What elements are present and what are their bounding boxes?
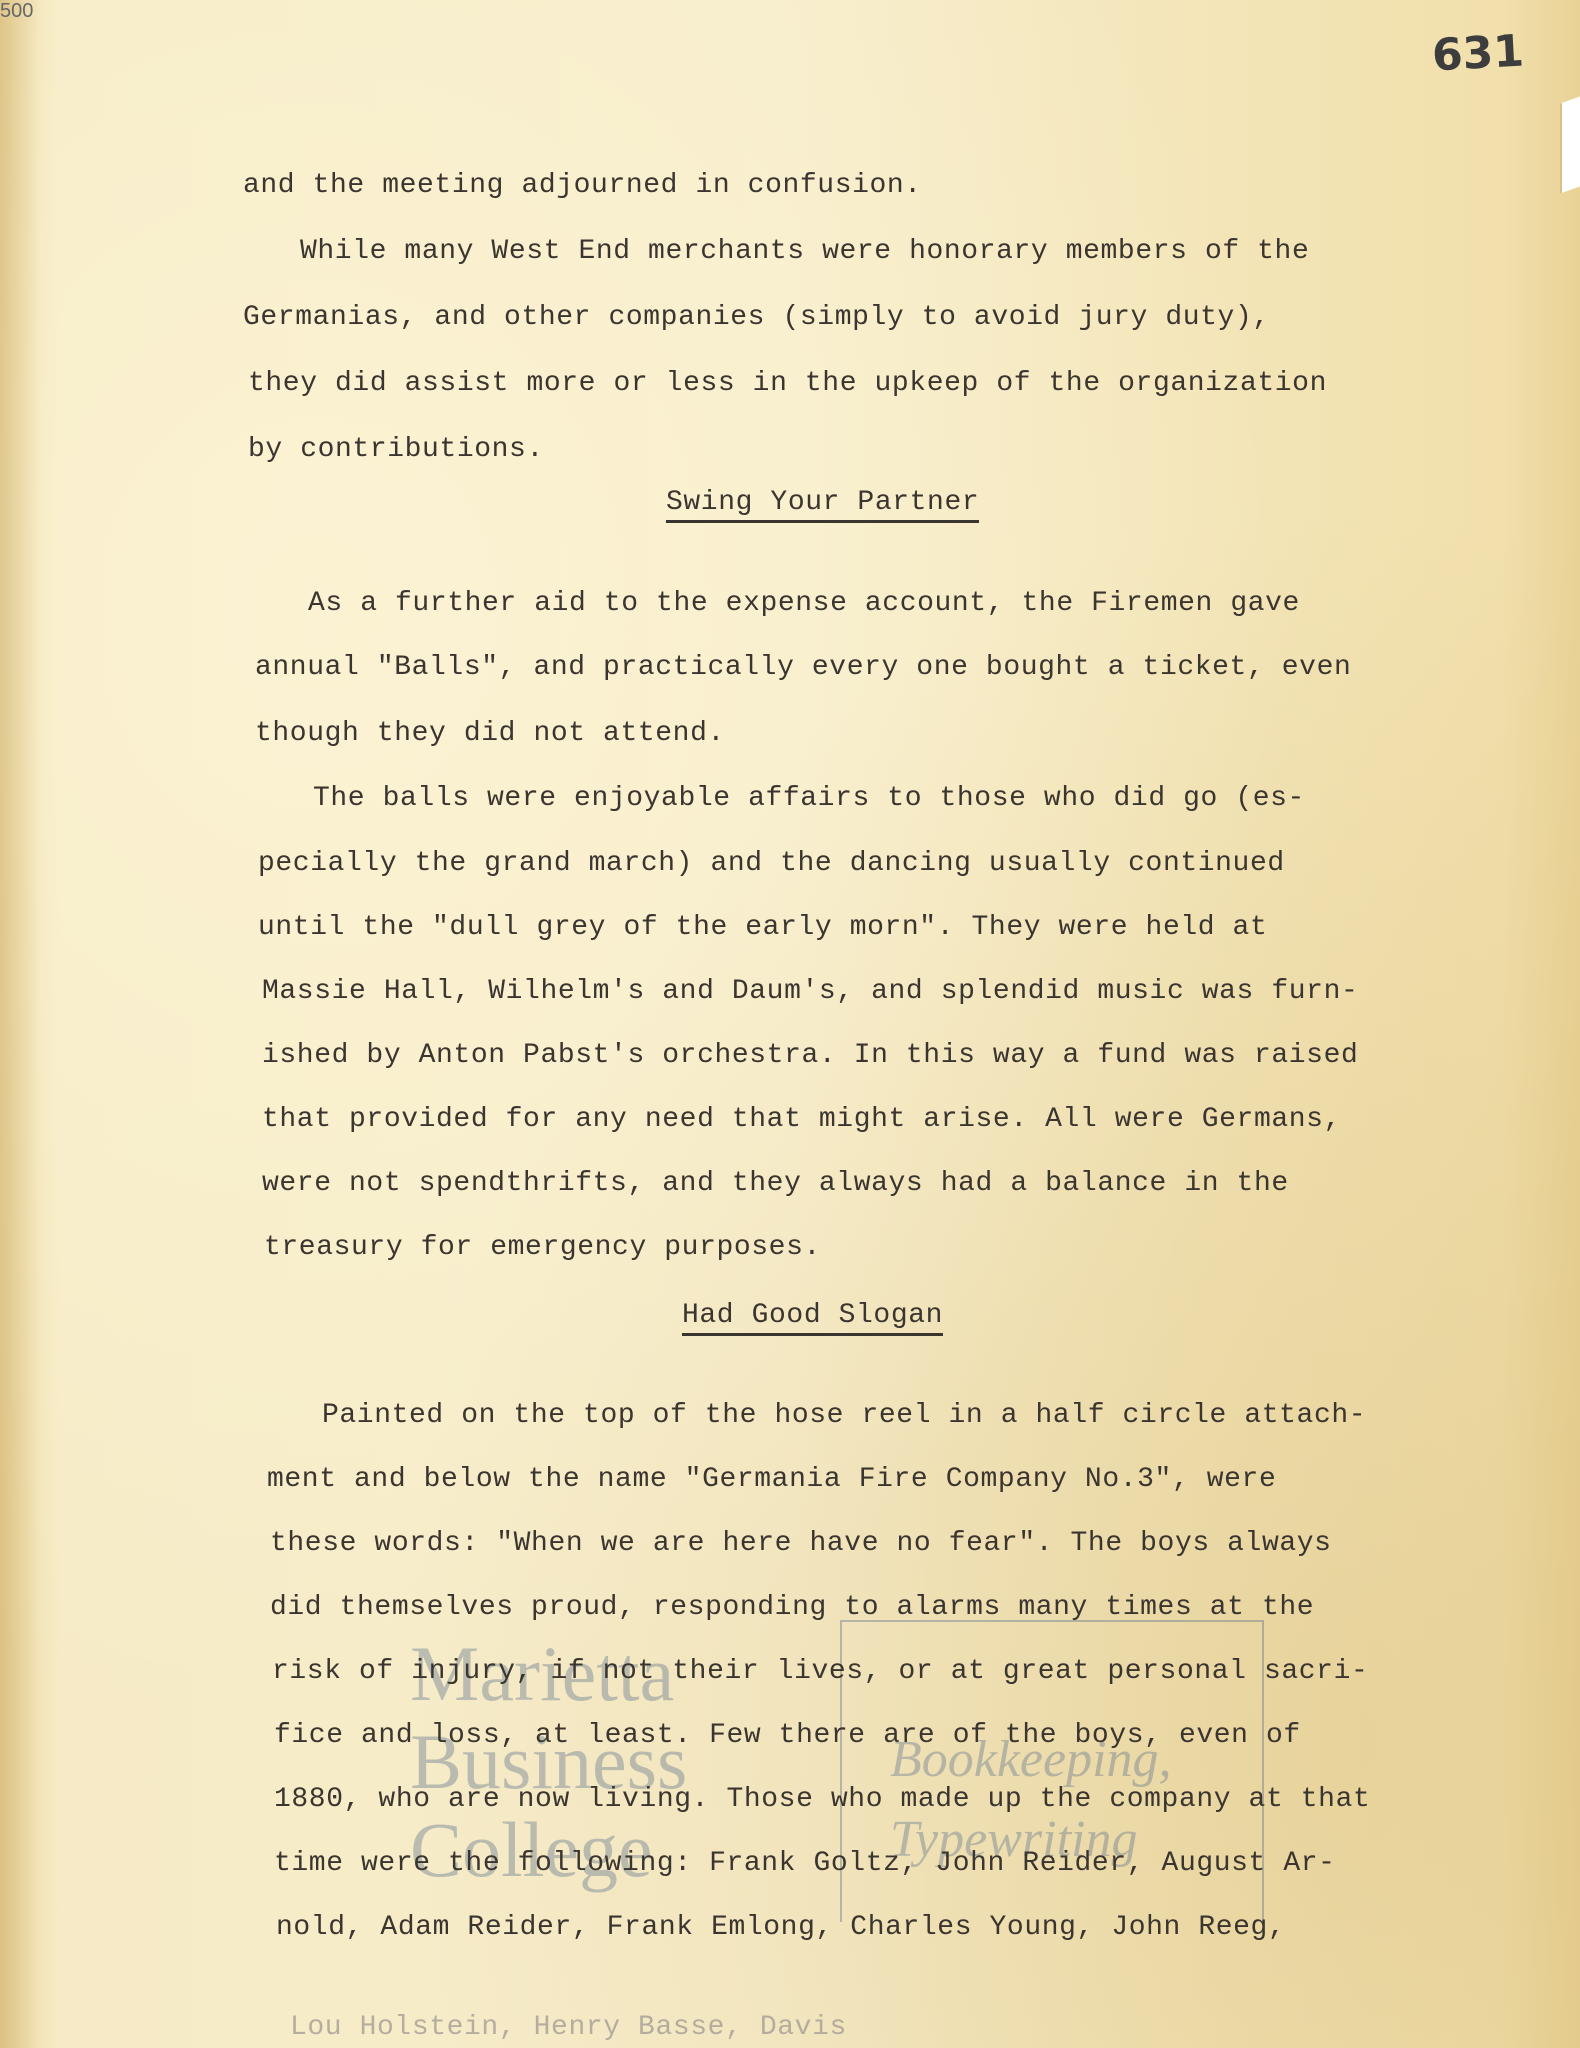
text-line: until the "dull grey of the early morn".… [258,912,1267,943]
text-line: that provided for any need that might ar… [262,1104,1341,1135]
text-line: 1880, who are now living. Those who made… [274,1784,1370,1815]
text-line: fice and loss, at least. Few there are o… [274,1720,1301,1751]
section-heading: Had Good Slogan [682,1300,943,1336]
text-line: treasury for emergency purposes. [264,1232,821,1263]
text-line: The balls were enjoyable affairs to thos… [313,783,1305,814]
text-line: annual "Balls", and practically every on… [255,652,1351,683]
text-line: did themselves proud, responding to alar… [270,1592,1314,1623]
text-line: ished by Anton Pabst's orchestra. In thi… [262,1040,1358,1071]
text-line: risk of injury, if not their lives, or a… [272,1656,1368,1687]
text-line: Massie Hall, Wilhelm's and Daum's, and s… [262,976,1358,1007]
section-heading: Swing Your Partner [666,487,979,523]
text-line: by contributions. [248,434,544,465]
text-line: As a further aid to the expense account,… [308,588,1300,619]
paper-left-fold-shadow [0,0,40,2048]
text-line: were not spendthrifts, and they always h… [262,1168,1289,1199]
text-line: pecially the grand march) and the dancin… [258,848,1285,879]
page-number: 631 [1431,26,1525,82]
edge-mark: 500 [0,0,33,23]
text-line: though they did not attend. [255,718,725,749]
bleed-through-text: Lou Holstein, Henry Basse, Davis [290,2012,847,2043]
text-line: they did assist more or less in the upke… [248,368,1327,399]
text-line: While many West End merchants were honor… [300,236,1309,267]
text-line: ment and below the name "Germania Fire C… [267,1464,1276,1495]
text-line: time were the following: Frank Goltz, Jo… [274,1848,1336,1879]
paper-torn-corner [1560,96,1580,193]
text-line: Painted on the top of the hose reel in a… [322,1400,1366,1431]
text-line: nold, Adam Reider, Frank Emlong, Charles… [276,1912,1285,1943]
text-line: Germanias, and other companies (simply t… [243,302,1270,333]
text-line: and the meeting adjourned in confusion. [243,170,922,201]
text-line: these words: "When we are here have no f… [270,1528,1332,1559]
